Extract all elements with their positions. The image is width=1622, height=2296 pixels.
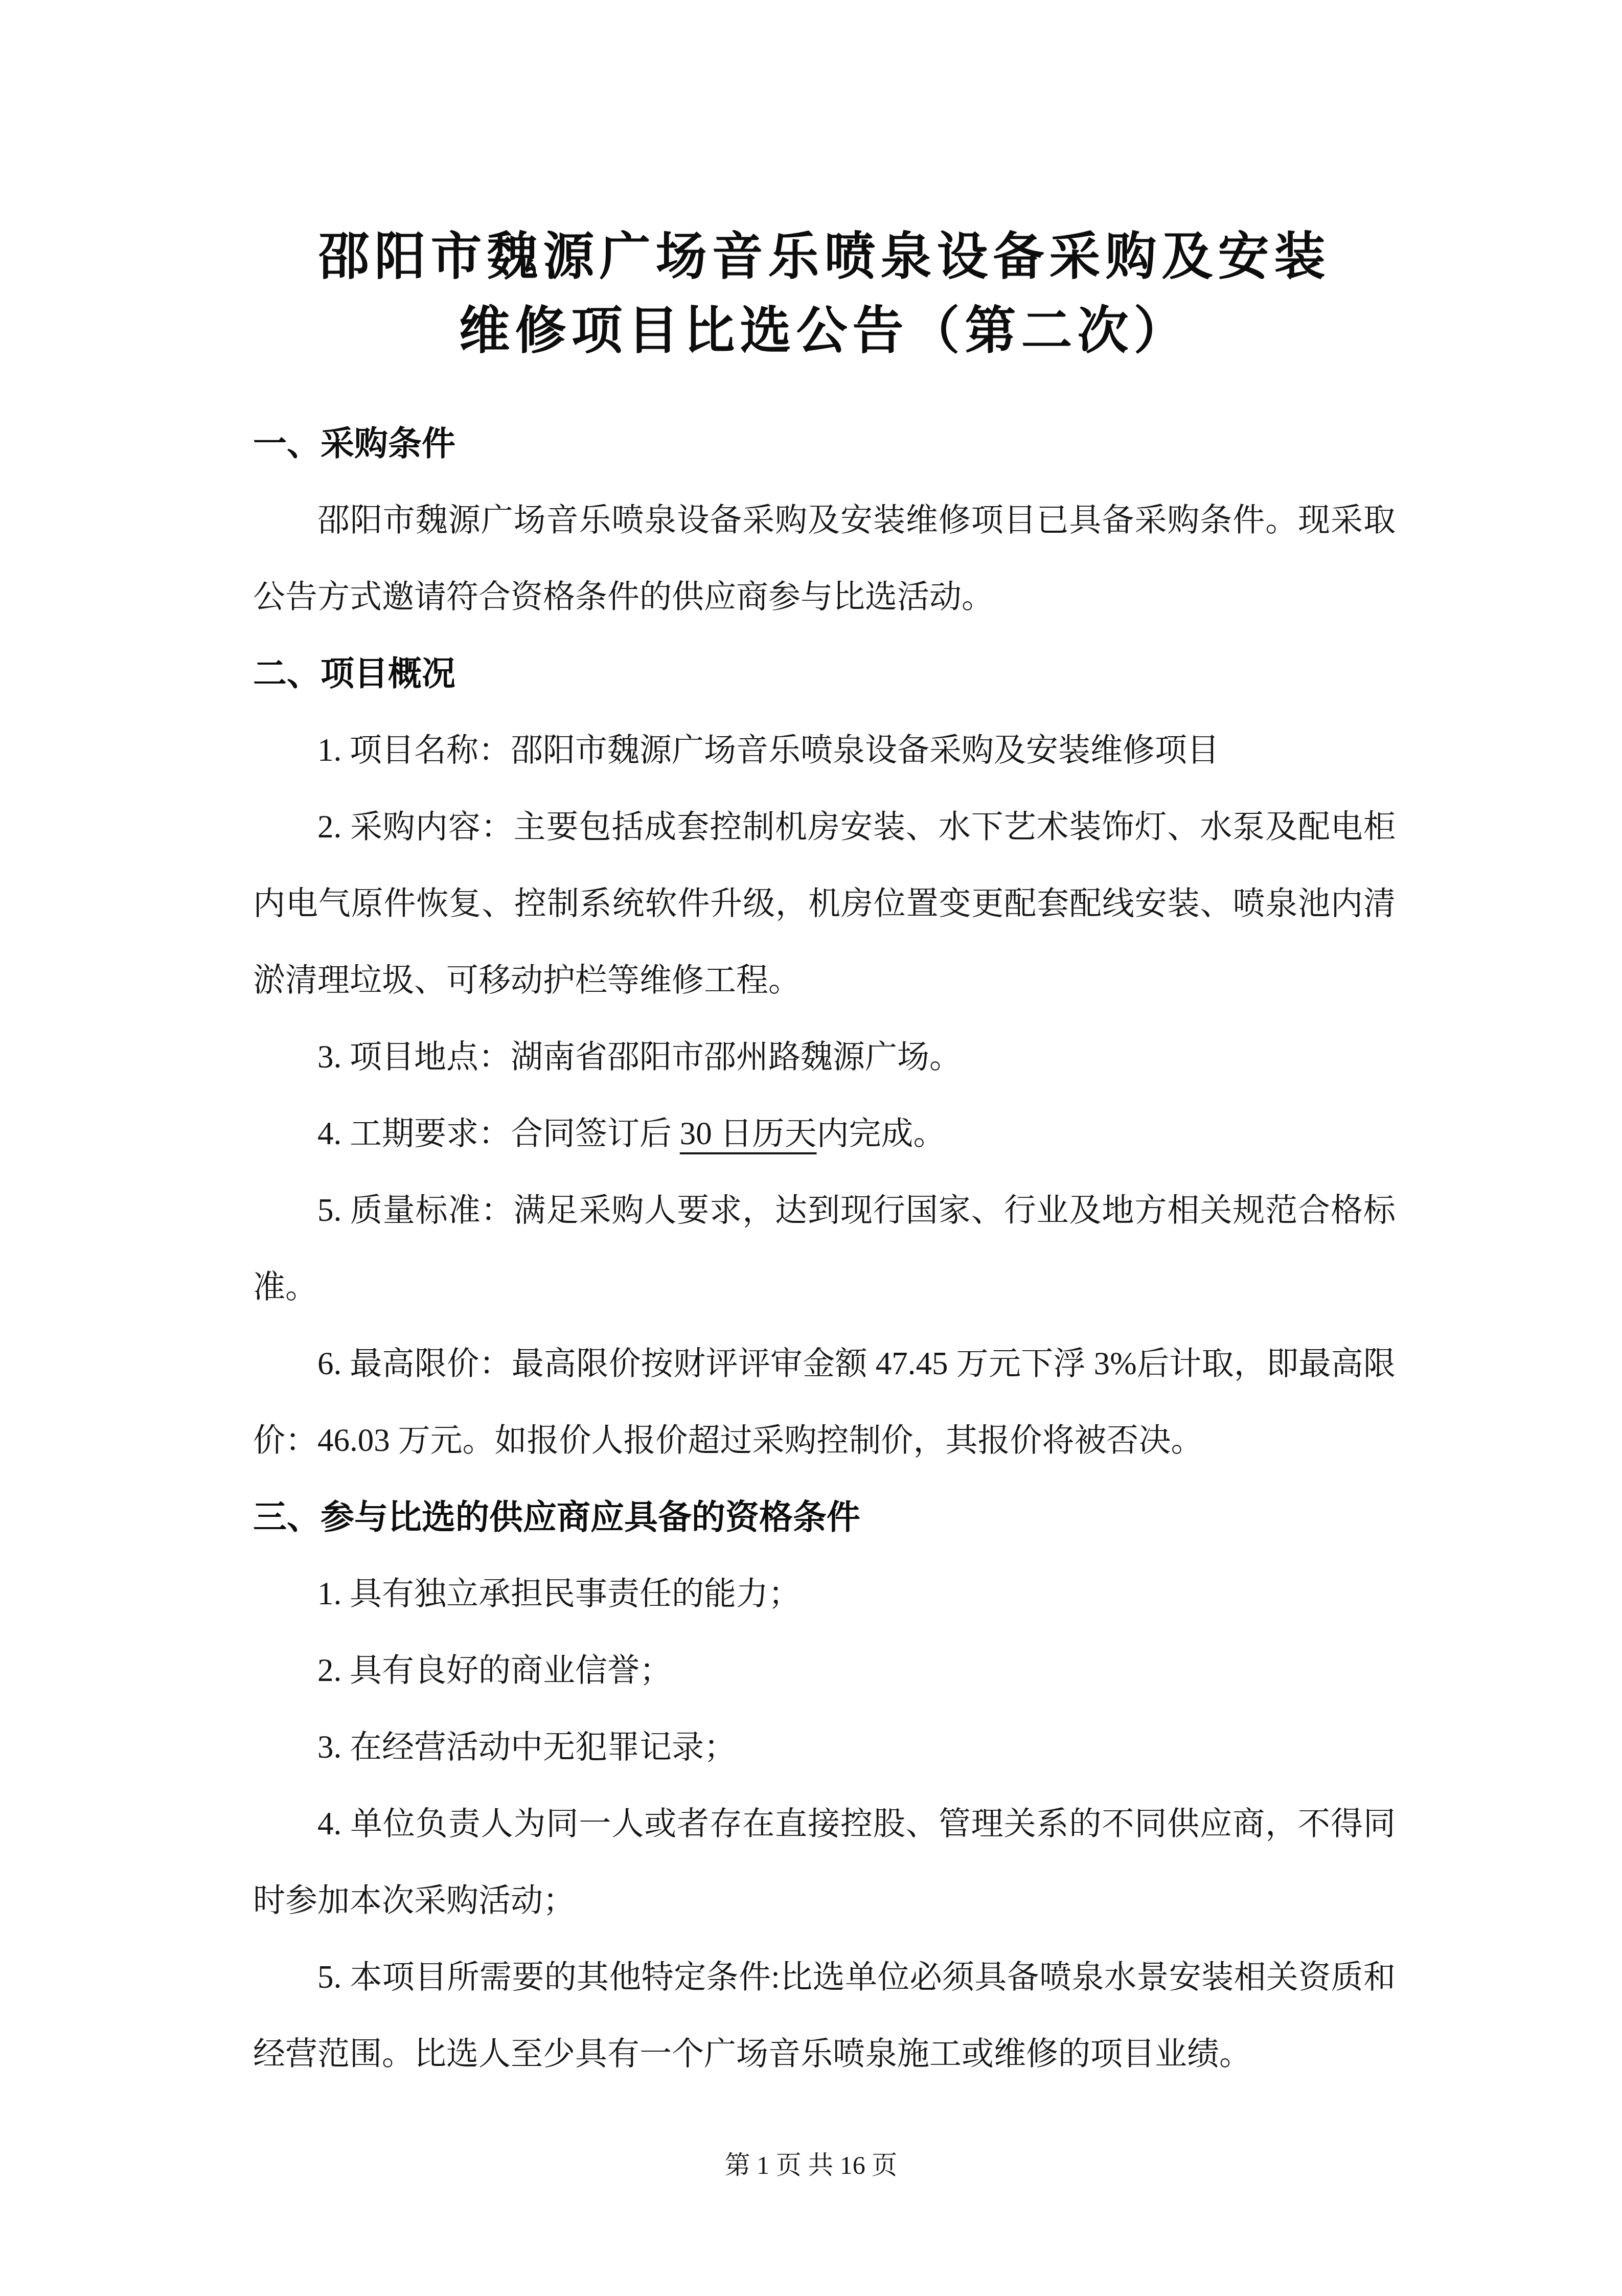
- qualification-item-same-legal-person: 4. 单位负责人为同一人或者存在直接控股、管理关系的不同供应商，不得同时参加本次…: [253, 1785, 1396, 1939]
- document-page: 邵阳市魏源广场音乐喷泉设备采购及安装 维修项目比选公告（第二次） 一、采购条件 …: [0, 0, 1622, 2296]
- section-3-heading-supplier-qualifications: 三、参与比选的供应商应具备的资格条件: [253, 1479, 1396, 1555]
- quality-standard-item: 5. 质量标准：满足采购人要求，达到现行国家、行业及地方相关规范合格标准。: [253, 1172, 1396, 1325]
- construction-period-suffix: 内完成。: [817, 1116, 946, 1151]
- section-1-heading-procurement-conditions: 一、采购条件: [253, 405, 1396, 482]
- qualification-item-no-criminal-record: 3. 在经营活动中无犯罪记录；: [253, 1709, 1396, 1785]
- procurement-content-item: 2. 采购内容：主要包括成套控制机房安装、水下艺术装饰灯、水泵及配电柜内电气原件…: [253, 788, 1396, 1018]
- document-content: 邵阳市魏源广场音乐喷泉设备采购及安装 维修项目比选公告（第二次） 一、采购条件 …: [253, 220, 1396, 2092]
- project-name-item: 1. 项目名称：邵阳市魏源广场音乐喷泉设备采购及安装维修项目: [253, 712, 1396, 788]
- qualification-item-business-reputation: 2. 具有良好的商业信誉；: [253, 1632, 1396, 1709]
- title-line-1: 邵阳市魏源广场音乐喷泉设备采购及安装: [253, 220, 1396, 294]
- document-title: 邵阳市魏源广场音乐喷泉设备采购及安装 维修项目比选公告（第二次）: [253, 220, 1396, 368]
- qualification-item-civil-liability: 1. 具有独立承担民事责任的能力；: [253, 1555, 1396, 1632]
- title-line-2: 维修项目比选公告（第二次）: [253, 294, 1396, 368]
- project-location-item: 3. 项目地点：湖南省邵阳市邵州路魏源广场。: [253, 1018, 1396, 1095]
- construction-period-underlined-duration: 30 日历天: [680, 1116, 817, 1151]
- section-2-heading-project-overview: 二、项目概况: [253, 635, 1396, 712]
- construction-period-prefix: 4. 工期要求：合同签订后: [317, 1116, 680, 1151]
- qualification-item-special-conditions: 5. 本项目所需要的其他特定条件:比选单位必须具备喷泉水景安装相关资质和经营范围…: [253, 1939, 1396, 2092]
- page-number-text: 第 1 页 共 16 页: [725, 2151, 898, 2179]
- max-price-limit-item: 6. 最高限价：最高限价按财评评审金额 47.45 万元下浮 3%后计取，即最高…: [253, 1325, 1396, 1479]
- page-footer: 第 1 页 共 16 页: [0, 2150, 1622, 2180]
- construction-period-item: 4. 工期要求：合同签订后 30 日历天内完成。: [253, 1095, 1396, 1172]
- section-1-paragraph: 邵阳市魏源广场音乐喷泉设备采购及安装维修项目已具备采购条件。现采取公告方式邀请符…: [253, 482, 1396, 635]
